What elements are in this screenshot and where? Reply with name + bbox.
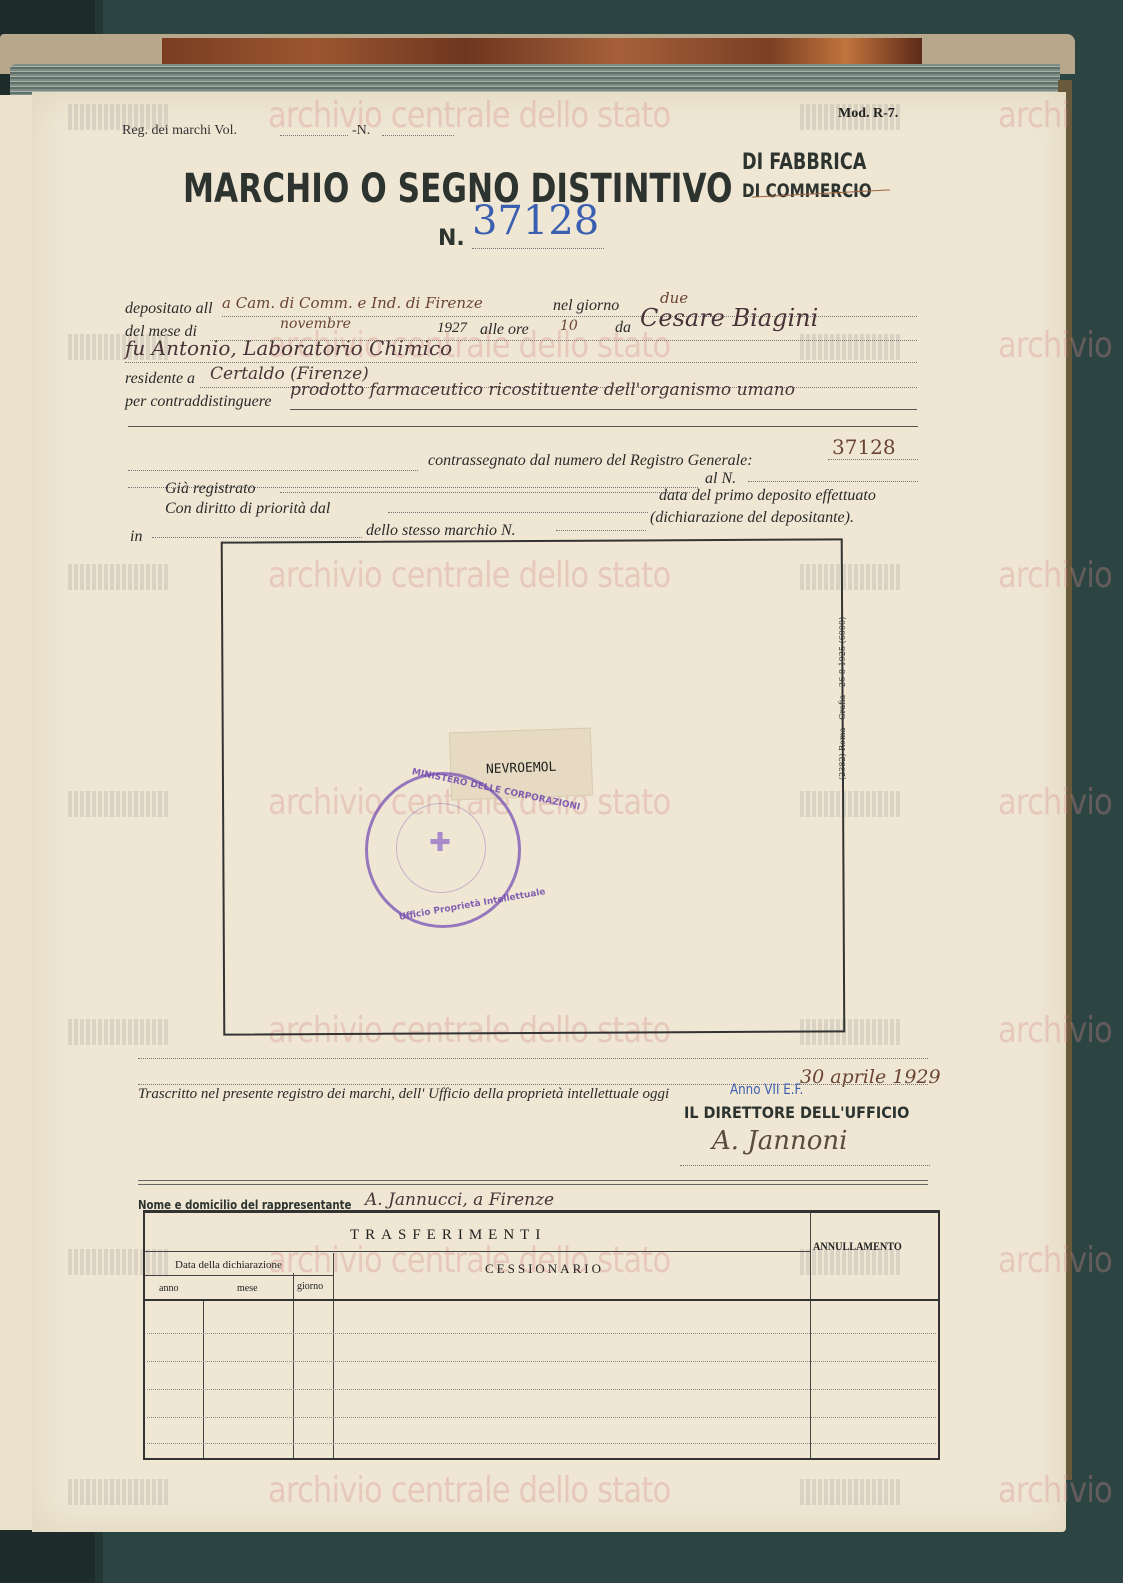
- al-n-label: al N.: [705, 470, 736, 488]
- savoy-cross-icon: ✚: [426, 829, 454, 857]
- trademark-name: NEVROEMOL: [451, 759, 591, 779]
- line: [138, 1058, 928, 1059]
- column-divider: [333, 1253, 334, 1458]
- page-title: MARCHIO O SEGNO DISTINTIVO: [183, 166, 732, 212]
- already-registered-field[interactable]: [280, 492, 690, 493]
- date-header: Data della dichiarazione: [175, 1259, 282, 1271]
- registration-number-stamp: 37128: [472, 198, 599, 244]
- by-label: da: [615, 319, 631, 337]
- ministry-seal: ✚ MINISTERO DELLE CORPORAZIONI Ufficio P…: [365, 772, 521, 928]
- year-value[interactable]: 1927: [437, 320, 467, 337]
- al-n-field[interactable]: [748, 481, 918, 482]
- row-divider: [145, 1251, 810, 1252]
- hour-value[interactable]: 10: [560, 318, 578, 334]
- transcription-text: Trascritto nel presente registro dei mar…: [138, 1086, 669, 1103]
- priority-field[interactable]: [388, 512, 648, 513]
- director-signature: A. Jannoni: [712, 1126, 847, 1156]
- register-volume-label: Reg. dei marchi Vol.: [122, 123, 237, 139]
- line: [128, 470, 418, 471]
- same-mark-field[interactable]: [556, 530, 646, 531]
- register-number-field[interactable]: [382, 135, 454, 136]
- number-prefix: N.: [438, 226, 465, 251]
- type-fabbrica: DI FABBRICA: [742, 150, 866, 175]
- in-field[interactable]: [152, 537, 362, 538]
- representative-value[interactable]: A. Jannucci, a Firenze: [365, 1190, 554, 1210]
- transfers-table: TRASFERIMENTI ANNULLAMENTO Data della di…: [143, 1210, 940, 1460]
- purpose-label: per contraddistinguere: [125, 393, 272, 411]
- line: [128, 426, 918, 427]
- table-row[interactable]: [147, 1333, 936, 1334]
- priority-label: Con diritto di priorità dal: [165, 500, 330, 518]
- depositor-continuation[interactable]: fu Antonio, Laboratorio Chimico: [125, 336, 452, 360]
- book-binding-marbled: [162, 38, 922, 66]
- line: [290, 409, 917, 410]
- general-register-number[interactable]: 37128: [832, 435, 896, 459]
- purpose-value[interactable]: prodotto farmaceutico ricostituente dell…: [290, 380, 795, 400]
- column-divider: [203, 1299, 204, 1458]
- line: [125, 362, 917, 363]
- register-number-label: -N.: [352, 123, 370, 139]
- line: [138, 1180, 928, 1181]
- table-row[interactable]: [147, 1443, 936, 1444]
- already-registered-label: Già registrato: [165, 480, 256, 498]
- line: [680, 1165, 930, 1166]
- day-label: nel giorno: [553, 297, 619, 315]
- same-mark-label: dello stesso marchio N.: [366, 522, 516, 540]
- table-row[interactable]: [147, 1389, 936, 1390]
- director-label: IL DIRETTORE DELL'UFFICIO: [684, 1103, 909, 1122]
- transcription-date[interactable]: 30 aprile 1929: [800, 1066, 941, 1088]
- general-register-label: contrassegnato dal numero del Registro G…: [428, 452, 753, 470]
- assignee-header: CESSIONARIO: [485, 1261, 604, 1277]
- in-label: in: [130, 528, 142, 546]
- line: [138, 1184, 928, 1185]
- column-month: mese: [237, 1283, 258, 1294]
- era-stamp: Anno VII E.F.: [730, 1082, 803, 1098]
- declaration-label: (dichiarazione del depositante).: [650, 509, 854, 527]
- number-underline: [472, 248, 604, 249]
- depositor-name[interactable]: Cesare Biagini: [640, 304, 818, 332]
- row-divider: [145, 1275, 333, 1276]
- month-value[interactable]: novembre: [280, 316, 351, 332]
- hour-label: alle ore: [480, 321, 529, 339]
- transfers-title: TRASFERIMENTI: [350, 1227, 546, 1244]
- printer-note: (2382) Roma - Grafia - 26-8-1925 (6000): [838, 617, 847, 780]
- residence-label: residente a: [125, 370, 195, 388]
- deposited-at-label: depositato all: [125, 300, 213, 318]
- volume-field[interactable]: [280, 135, 348, 136]
- first-deposit-label: data del primo deposito effettuato: [659, 487, 876, 505]
- column-year: anno: [159, 1283, 178, 1294]
- column-divider: [810, 1213, 811, 1458]
- deposited-at-value[interactable]: a Cam. di Comm. e Ind. di Firenze: [222, 294, 483, 312]
- cancellation-header: ANNULLAMENTO: [813, 1239, 902, 1254]
- table-row[interactable]: [147, 1417, 936, 1418]
- header-bottom-rule: [145, 1299, 938, 1301]
- table-row[interactable]: [147, 1361, 936, 1362]
- model-code: Mod. R-7.: [838, 106, 898, 122]
- column-day: giorno: [297, 1281, 323, 1292]
- line: [828, 459, 918, 460]
